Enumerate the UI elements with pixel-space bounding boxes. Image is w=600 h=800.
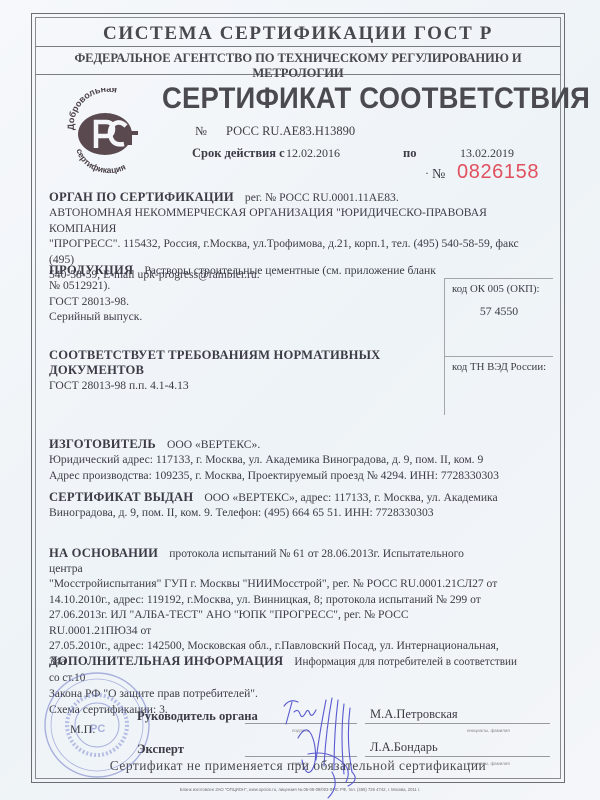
section-heading: СООТВЕТСТВУЕТ ТРЕБОВАНИЯМ НОРМАТИВНЫХ ДО… bbox=[49, 348, 380, 377]
product-line: № 0512921). bbox=[49, 278, 439, 294]
certificate-number: РОСС RU.AE83.H13890 bbox=[226, 124, 355, 139]
issued-to-first: ООО «ВЕРТЕКС», адрес: 117133, г. Москва,… bbox=[204, 491, 497, 504]
okp-code-label: код ОК 005 (ОКП): bbox=[445, 279, 553, 295]
valid-to-label: по bbox=[403, 146, 416, 161]
expert-role-label: Эксперт bbox=[137, 742, 184, 757]
section-heading: ДОПОЛНИТЕЛЬНАЯ ИНФОРМАЦИЯ bbox=[49, 654, 283, 668]
section-heading: ПРОДУКЦИЯ bbox=[49, 263, 133, 277]
issued-to-line: Виноградова, д. 9, пом. II, ком. 9. Теле… bbox=[49, 505, 504, 521]
name-caption: инициалы, фамилия bbox=[467, 728, 510, 733]
section-heading: НА ОСНОВАНИИ bbox=[49, 546, 158, 560]
certificate-page: СИСТЕМА СЕРТИФИКАЦИИ ГОСТ Р ФЕДЕРАЛЬНОЕ … bbox=[0, 0, 600, 800]
serial-label: № bbox=[432, 167, 445, 183]
header-divider bbox=[35, 46, 561, 47]
section-heading: СЕРТИФИКАТ ВЫДАН bbox=[49, 490, 193, 504]
compliance-section: СООТВЕТСТВУЕТ ТРЕБОВАНИЯМ НОРМАТИВНЫХ ДО… bbox=[49, 348, 449, 394]
basis-section: НА ОСНОВАНИИ протокола испытаний № 61 от… bbox=[49, 546, 499, 669]
head-role-label: Руководитель органа bbox=[137, 709, 258, 724]
standard-reference: ГОСТ 28013-98 п.п. 4.1-4.13 bbox=[49, 378, 449, 394]
tnved-code-box: код ТН ВЭД России: bbox=[444, 356, 553, 415]
name-line bbox=[365, 723, 550, 724]
section-heading: ОРГАН ПО СЕРТИФИКАЦИИ bbox=[49, 190, 234, 204]
serial-number: 0826158 bbox=[457, 161, 539, 184]
valid-to-date: 13.02.2019 bbox=[460, 146, 514, 161]
agency-name: ФЕДЕРАЛЬНОЕ АГЕНТСТВО ПО ТЕХНИЧЕСКОМУ РЕ… bbox=[35, 51, 561, 81]
notice-text: Сертификат не применяется при обязательн… bbox=[35, 758, 561, 774]
organ-reg-number: рег. № РОСС RU.0001.11AE83. bbox=[245, 191, 399, 204]
valid-from-date: 12.02.2016 bbox=[286, 146, 340, 161]
product-line: Серийный выпуск. bbox=[49, 309, 439, 325]
validity-label: Срок действия с bbox=[192, 146, 285, 161]
rst-logo-icon: Добровольная сертификация bbox=[62, 88, 152, 174]
manufacturer-section: ИЗГОТОВИТЕЛЬ ООО «ВЕРТЕКС». Юридический … bbox=[49, 437, 539, 483]
basis-line: 27.06.2013г. ИЛ "АЛБА-ТЕСТ" АНО "ЮПК "ПР… bbox=[49, 607, 499, 638]
basis-line: "Мосстройиспытания" ГУП г. Москвы "НИИМо… bbox=[49, 576, 499, 592]
system-title: СИСТЕМА СЕРТИФИКАЦИИ ГОСТ Р bbox=[35, 23, 561, 45]
section-heading: ИЗГОТОВИТЕЛЬ bbox=[49, 437, 156, 451]
manufacturer-name: ООО «ВЕРТЕКС». bbox=[167, 438, 260, 451]
document-title: СЕРТИФИКАТ СООТВЕТСТВИЯ bbox=[162, 82, 590, 116]
name-line bbox=[365, 756, 550, 757]
stamp-place-label: М.П. bbox=[70, 722, 95, 737]
manufacturer-line: Юридический адрес: 117133, г. Москва, ул… bbox=[49, 452, 539, 468]
product-section: ПРОДУКЦИЯ Растворы строительные цементны… bbox=[49, 263, 439, 325]
printer-imprint: Бланк изготовлен ЗАО "ОПЦИОН", www.opcio… bbox=[130, 787, 470, 792]
product-line: ГОСТ 28013-98. bbox=[49, 294, 439, 310]
dot-mark: · bbox=[425, 166, 429, 181]
product-description: Растворы строительные цементные (см. при… bbox=[144, 264, 436, 277]
number-label: № bbox=[195, 124, 207, 139]
tnved-code-label: код ТН ВЭД России: bbox=[445, 357, 553, 373]
organ-line: АВТОНОМНАЯ НЕКОММЕРЧЕСКАЯ ОРГАНИЗАЦИЯ "Ю… bbox=[49, 205, 539, 236]
handwritten-signature-icon bbox=[268, 690, 388, 800]
okp-code-box: код ОК 005 (ОКП): 57 4550 bbox=[444, 278, 553, 367]
issued-to-section: СЕРТИФИКАТ ВЫДАН ООО «ВЕРТЕКС», адрес: 1… bbox=[49, 490, 504, 521]
basis-line: 14.10.2010г., адрес: 119192, г.Москва, у… bbox=[49, 592, 499, 608]
manufacturer-line: Адрес производства: 109235, г. Москва, П… bbox=[49, 468, 539, 484]
okp-code-value: 57 4550 bbox=[445, 304, 553, 319]
